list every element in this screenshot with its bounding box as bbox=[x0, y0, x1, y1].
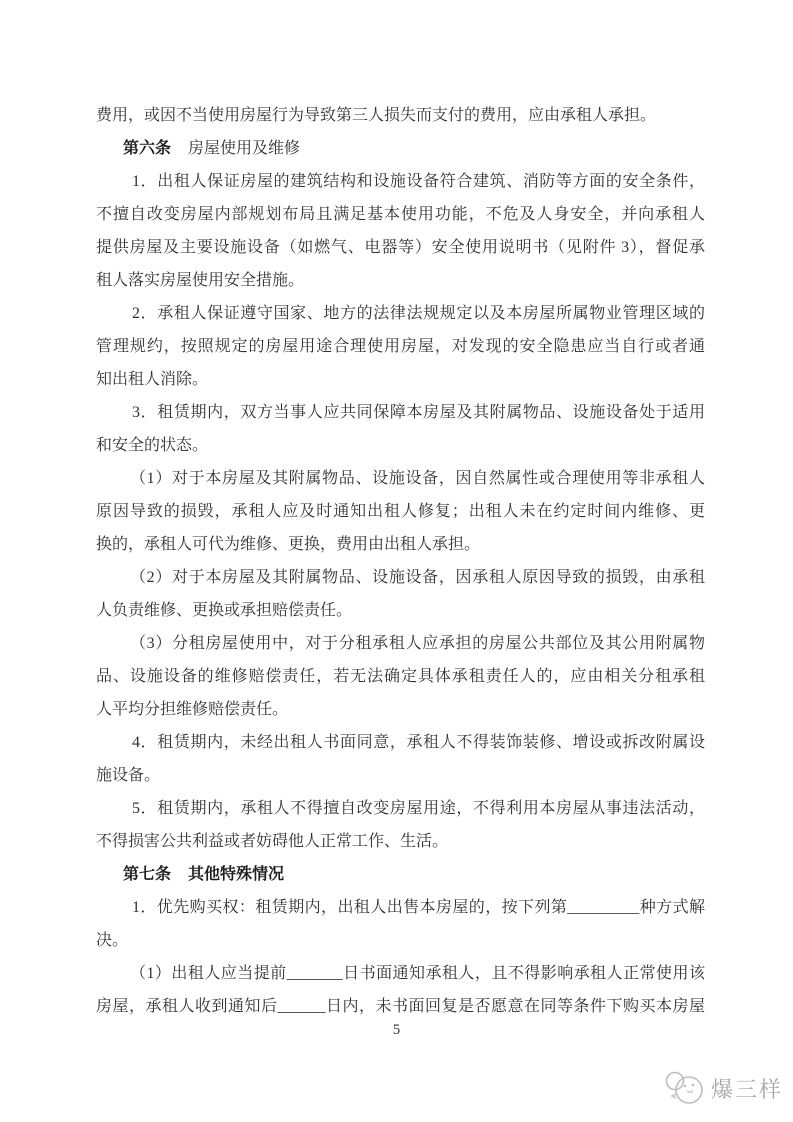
heading-number: 第六条 bbox=[123, 140, 171, 157]
clause6-item3-sub3-line-2: 品、设施设备的维修赔偿责任，若无法确定具体承租责任人的，应由相关分租承租 bbox=[96, 660, 705, 693]
watermark-text: 爆三样 bbox=[711, 1073, 783, 1104]
clause6-item3-sub3-line-1: （3）分租房屋使用中，对于分租承租人应承担的房屋公共部位及其公用附属物 bbox=[96, 627, 705, 660]
clause7-item1-sub1-line-1: （1）出租人应当提前_______日书面通知承租人，且不得影响承租人正常使用该 bbox=[96, 957, 705, 990]
clause6-item3-sub2-line-2: 人负责维修、更换或承担赔偿责任。 bbox=[96, 594, 705, 627]
clause6-item3-sub1-line-3: 换的，承租人可代为维修、更换，费用由出租人承担。 bbox=[96, 528, 705, 561]
clause6-item3-line-1: 3．租赁期内，双方当事人应共同保障本房屋及其附属物品、设施设备处于适用 bbox=[96, 396, 705, 429]
clause6-item4-line-1: 4．租赁期内，未经出租人书面同意，承租人不得装饰装修、增设或拆改附属设 bbox=[96, 726, 705, 759]
heading-title: 房屋使用及维修 bbox=[188, 140, 300, 157]
clause6-item4-line-2: 施设备。 bbox=[96, 759, 705, 792]
clause6-item1-line-2: 不擅自改变房屋内部规划布局且满足基本使用功能，不危及人身安全，并向承租人 bbox=[96, 198, 705, 231]
clause6-item2-line-1: 2．承租人保证遵守国家、地方的法律法规规定以及本房屋所属物业管理区域的 bbox=[96, 297, 705, 330]
contract-page: 费用，或因不当使用房屋行为导致第三人损失而支付的费用，应由承租人承担。第六条房屋… bbox=[0, 0, 793, 1122]
clause7-item1-sub1-line-2: 房屋，承租人收到通知后______日内，未书面回复是否愿意在同等条件下购买本房屋 bbox=[96, 990, 705, 1023]
clause6-item2-line-3: 知出租人消除。 bbox=[96, 363, 705, 396]
page-number: 5 bbox=[0, 1022, 793, 1039]
clause6-item3-sub3-line-3: 人平均分担维修赔偿责任。 bbox=[96, 693, 705, 726]
article-6-heading: 第六条房屋使用及维修 bbox=[96, 132, 705, 165]
clause7-item1-line-1: 1．优先购买权：租赁期内，出租人出售本房屋的，按下列第_________种方式解 bbox=[96, 891, 705, 924]
clause6-item3-sub1-line-1: （1）对于本房屋及其附属物品、设施设备，因自然属性或合理使用等非承租人 bbox=[96, 462, 705, 495]
clause6-item5-line-2: 不得损害公共利益或者妨碍他人正常工作、生活。 bbox=[96, 825, 705, 858]
para-fee-continuation-line-1: 费用，或因不当使用房屋行为导致第三人损失而支付的费用，应由承租人承担。 bbox=[96, 99, 705, 132]
clause6-item3-sub2-line-1: （2）对于本房屋及其附属物品、设施设备，因承租人原因导致的损毁，由承租 bbox=[96, 561, 705, 594]
heading-number: 第七条 bbox=[123, 866, 171, 883]
article-7-heading: 第七条其他特殊情况 bbox=[96, 858, 705, 891]
text-column: 费用，或因不当使用房屋行为导致第三人损失而支付的费用，应由承租人承担。第六条房屋… bbox=[96, 99, 705, 1023]
clause6-item1-line-4: 租人落实房屋使用安全措施。 bbox=[96, 264, 705, 297]
clause6-item1-line-3: 提供房屋及主要设施设备（如燃气、电器等）安全使用说明书（见附件 3），督促承 bbox=[96, 231, 705, 264]
clause6-item2-line-2: 管理规约，按照规定的房屋用途合理使用房屋，对发现的安全隐患应当自行或者通 bbox=[96, 330, 705, 363]
clause7-item1-line-2: 决。 bbox=[96, 924, 705, 957]
watermark: 爆三样 bbox=[663, 1068, 783, 1108]
clause6-item3-line-2: 和安全的状态。 bbox=[96, 429, 705, 462]
clause6-item5-line-1: 5．租赁期内，承租人不得擅自改变房屋用途，不得利用本房屋从事违法活动， bbox=[96, 792, 705, 825]
clause6-item1-line-1: 1．出租人保证房屋的建筑结构和设施设备符合建筑、消防等方面的安全条件， bbox=[96, 165, 705, 198]
baosanyan-chick-logo-icon bbox=[663, 1069, 707, 1107]
heading-title: 其他特殊情况 bbox=[188, 866, 284, 883]
clause6-item3-sub1-line-2: 原因导致的损毁，承租人应及时通知出租人修复；出租人未在约定时间内维修、更 bbox=[96, 495, 705, 528]
